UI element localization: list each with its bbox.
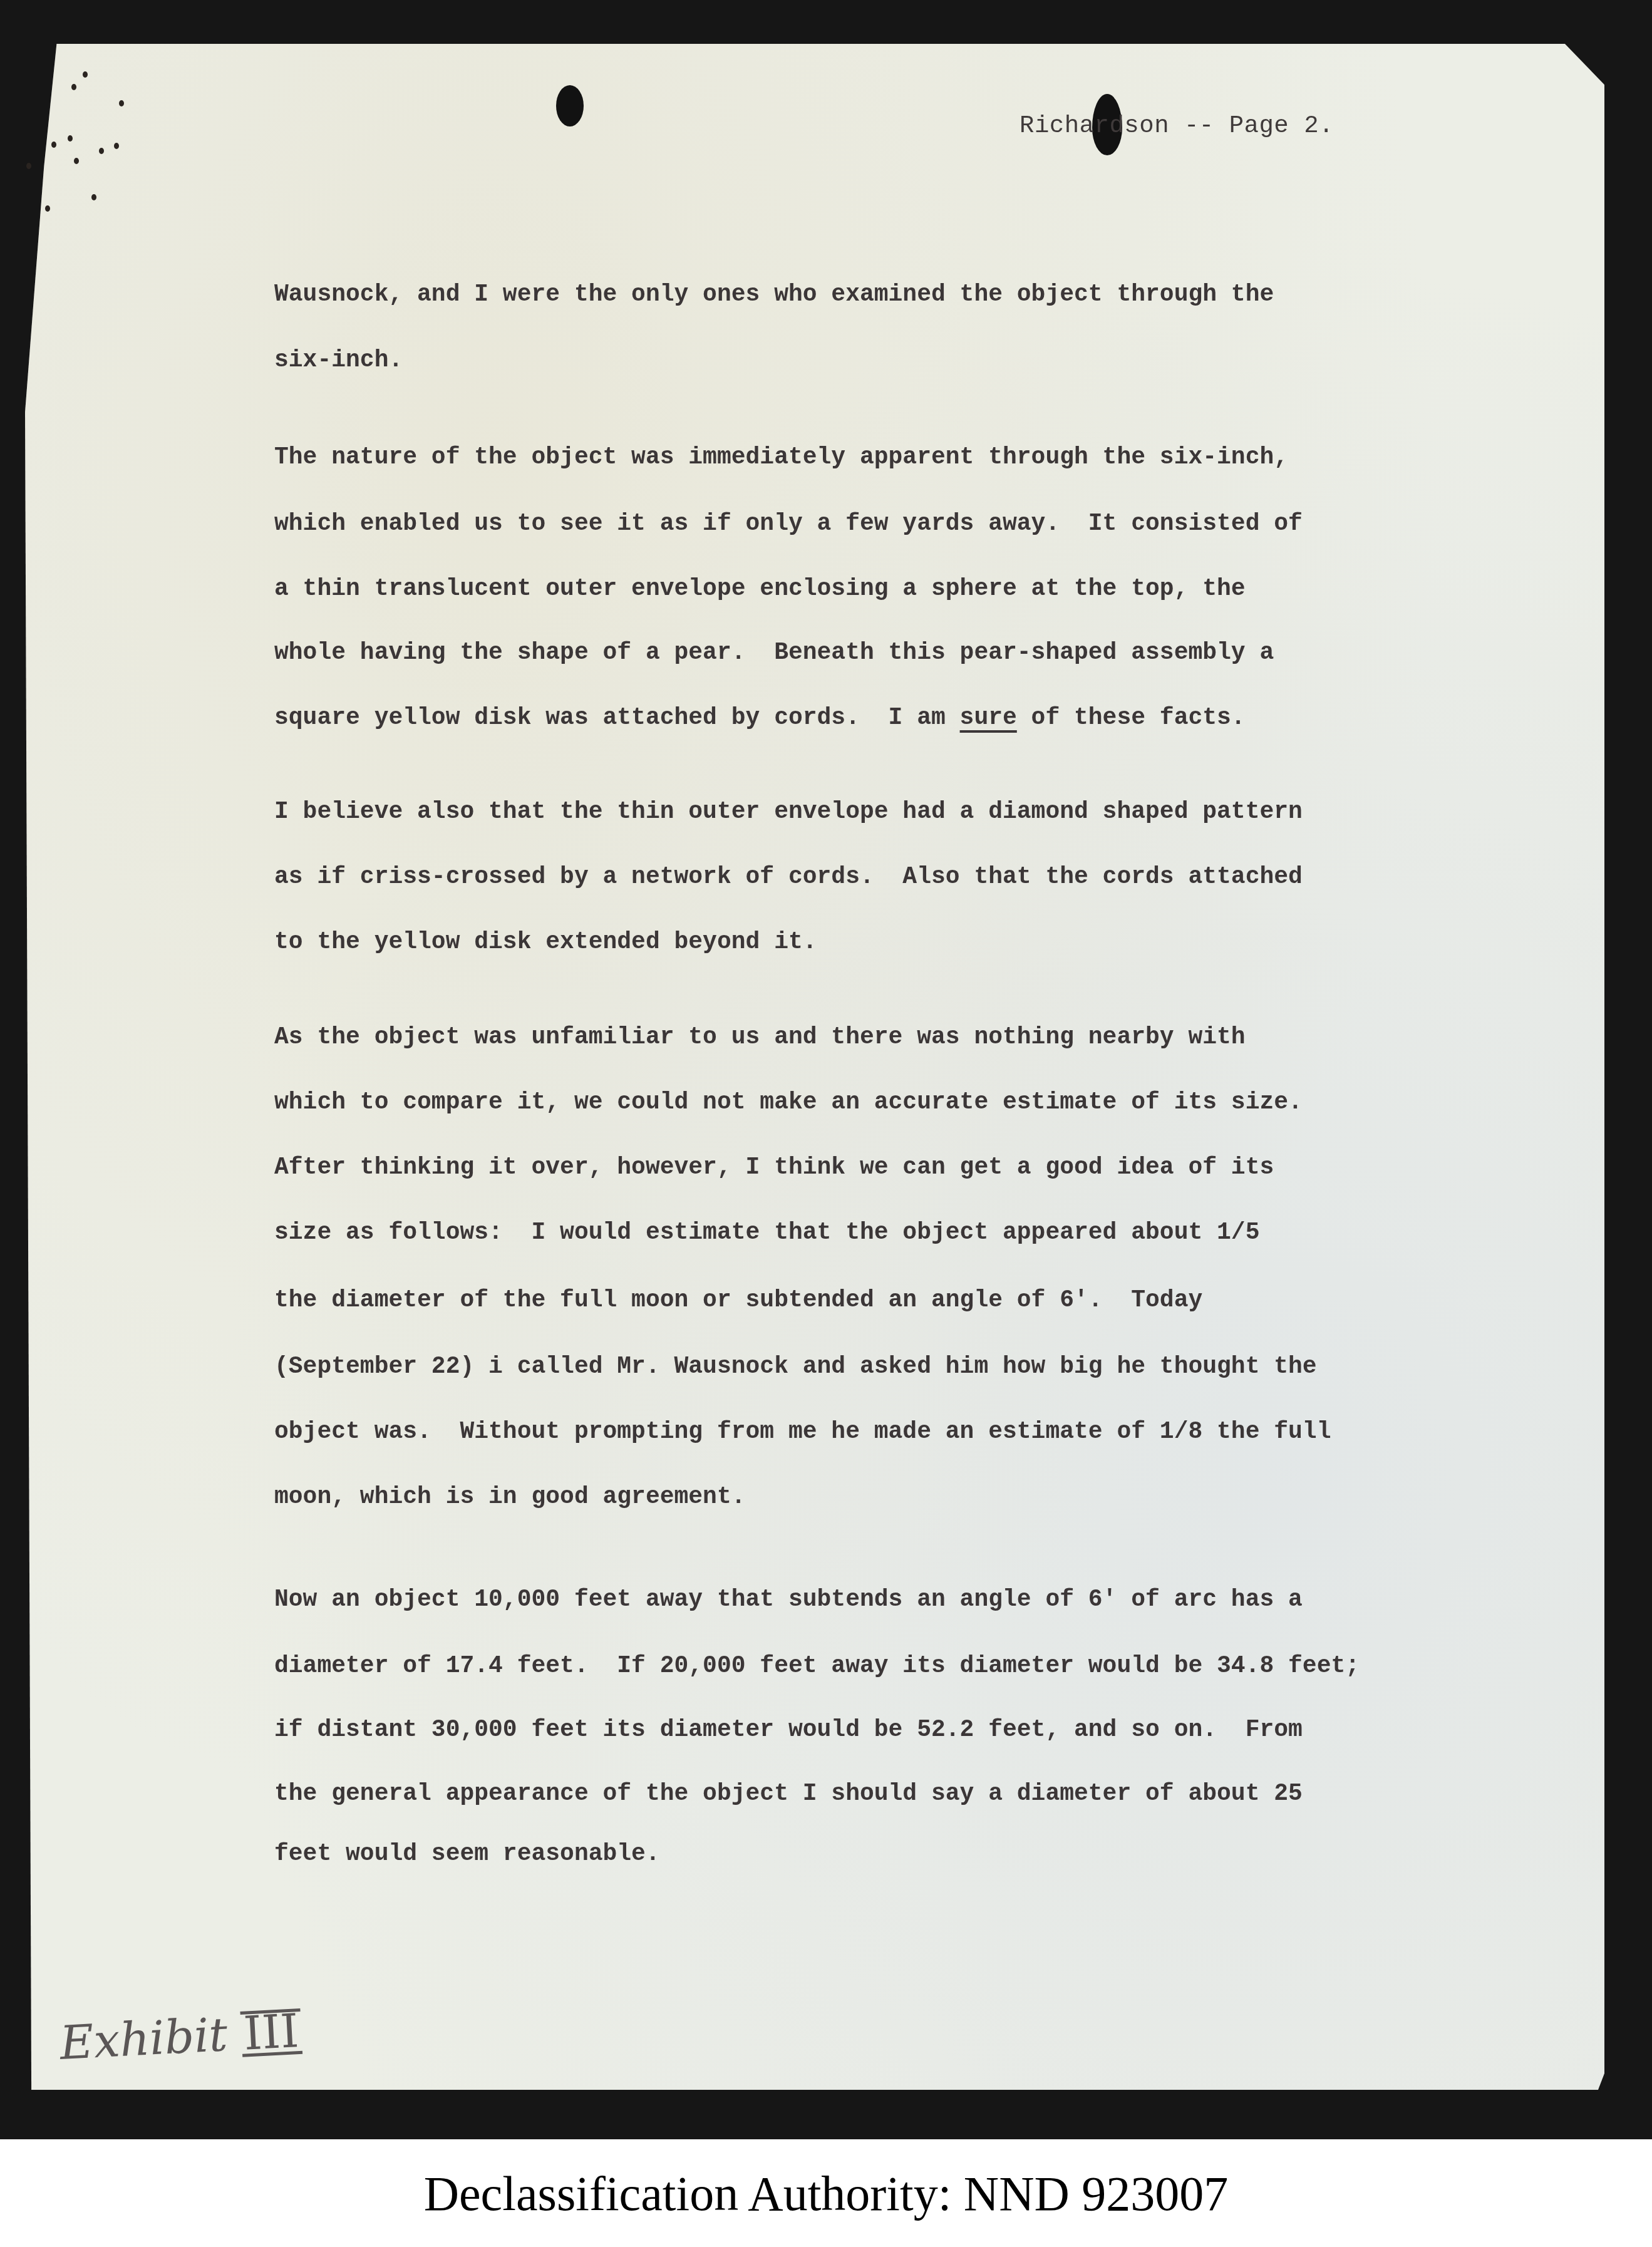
paragraph-3-line-3: to the yellow disk extended beyond it. — [274, 931, 817, 954]
paragraph-3-line-1: I believe also that the thin outer envel… — [274, 800, 1303, 824]
paragraph-4-line-4: size as follows: I would estimate that t… — [274, 1221, 1259, 1245]
paragraph-4-line-5: the diameter of the full moon or subtend… — [274, 1289, 1202, 1313]
paragraph-1-line-1: Wausnock, and I were the only ones who e… — [274, 283, 1274, 307]
pin-hole — [26, 163, 31, 169]
pin-hole — [99, 148, 104, 154]
underlined-emphasis: sure — [960, 705, 1017, 731]
paragraph-5-line-5: feet would seem reasonable. — [274, 1842, 660, 1866]
pin-hole — [71, 84, 76, 90]
paragraph-5-line-2: diameter of 17.4 feet. If 20,000 feet aw… — [274, 1655, 1360, 1678]
paragraph-5-line-4: the general appearance of the object I s… — [274, 1782, 1303, 1806]
paragraph-5-line-3: if distant 30,000 feet its diameter woul… — [274, 1718, 1303, 1742]
paragraph-4-line-3: After thinking it over, however, I think… — [274, 1156, 1274, 1180]
pin-hole — [45, 205, 50, 212]
pin-hole — [68, 135, 73, 142]
paragraph-2-line-2: which enabled us to see it as if only a … — [274, 512, 1303, 536]
paragraph-2-line-4: whole having the shape of a pear. Beneat… — [274, 641, 1274, 665]
pin-hole — [83, 71, 88, 78]
paragraph-4-line-1: As the object was unfamiliar to us and t… — [274, 1026, 1246, 1050]
paragraph-2-line-3: a thin translucent outer envelope enclos… — [274, 577, 1246, 601]
line-text: of these facts. — [1017, 705, 1246, 731]
page-header: Richardson -- Page 2. — [1020, 114, 1334, 138]
paragraph-4-line-8: moon, which is in good agreement. — [274, 1485, 746, 1509]
pin-hole — [114, 143, 119, 149]
paragraph-5-line-1: Now an object 10,000 feet away that subt… — [274, 1588, 1303, 1612]
paragraph-2-line-5: square yellow disk was attached by cords… — [274, 706, 1246, 730]
paragraph-1-line-2: six-inch. — [274, 349, 403, 373]
line-text: square yellow disk was attached by cords… — [274, 705, 960, 731]
pin-hole — [119, 100, 124, 106]
paragraph-2-line-1: The nature of the object was immediately… — [274, 446, 1288, 470]
paragraph-4-line-2: which to compare it, we could not make a… — [274, 1091, 1303, 1115]
handwritten-word: Exhibit — [58, 2008, 229, 2070]
punch-hole-left — [556, 85, 584, 127]
footer: Declassification Authority: NND 923007 — [0, 2139, 1652, 2247]
paragraph-4-line-6: (September 22) i called Mr. Wausnock and… — [274, 1355, 1317, 1379]
declassification-authority: Declassification Authority: NND 923007 — [0, 2166, 1652, 2222]
pin-hole — [74, 158, 79, 164]
handwritten-numeral: III — [240, 2008, 302, 2057]
pin-hole — [51, 142, 56, 148]
paragraph-4-line-7: object was. Without prompting from me he… — [274, 1420, 1331, 1444]
pin-hole — [91, 194, 96, 200]
paragraph-3-line-2: as if criss-crossed by a network of cord… — [274, 865, 1303, 889]
